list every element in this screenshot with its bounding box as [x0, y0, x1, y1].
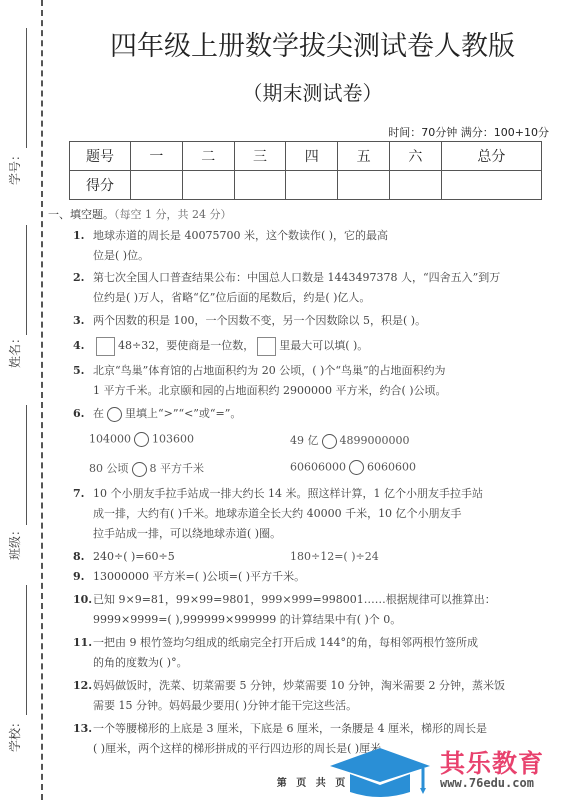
question-number: 12. — [73, 676, 87, 696]
school-rule — [26, 585, 27, 715]
blank-box[interactable] — [96, 337, 115, 356]
question-10: 10.已知 9×9=81，99×99=9801，999×999=998001……… — [73, 590, 535, 630]
question-number: 7. — [73, 484, 87, 504]
question-text: 13000000 平方米=( )公顷=( )平方千米。 — [93, 570, 305, 583]
comparison-left: 60606000 — [290, 461, 346, 474]
compare-circle[interactable] — [349, 460, 364, 475]
compare-circle[interactable] — [134, 432, 149, 447]
question-text: 里填上“>”“<”或“=”。 — [125, 407, 241, 420]
section-note: （每空 1 分，共 24 分） — [114, 208, 231, 221]
graduation-cap-icon — [325, 748, 435, 798]
score-header-cell: 题号 — [70, 142, 131, 171]
question-4: 4.48÷32，要使商是一位数，里最大可以填( )。 — [73, 336, 535, 356]
comparison-item: 80 公顷8 平方千米 — [89, 460, 204, 477]
score-cell[interactable] — [131, 171, 183, 200]
compare-circle[interactable] — [132, 462, 147, 477]
page-subtitle: （期末测试卷） — [60, 77, 565, 106]
question-text: 240÷( )=60÷5 — [93, 550, 175, 563]
score-row-label: 得分 — [70, 171, 131, 200]
score-header-cell: 一 — [131, 142, 183, 171]
score-table-score-row: 得分 — [70, 171, 542, 200]
comparison-right: 8 平方千米 — [150, 462, 205, 475]
score-cell[interactable] — [234, 171, 286, 200]
question-number: 3. — [73, 311, 87, 331]
question-text: 妈妈做饭时，洗菜、切菜需要 5 分钟，炒菜需要 10 分钟，淘米需要 2 分钟，… — [93, 679, 505, 692]
score-cell[interactable] — [338, 171, 390, 200]
score-header-cell: 六 — [389, 142, 441, 171]
page-title: 四年级上册数学拔尖测试卷人教版 — [60, 24, 565, 63]
question-text: 需要 15 分钟。妈妈最少要用( )分钟才能干完这些活。 — [73, 696, 535, 716]
question-text: 地球赤道的周长是 40075700 米，这个数读作( )，它的最高 — [93, 229, 388, 242]
question-1: 1.地球赤道的周长是 40075700 米，这个数读作( )，它的最高 位是( … — [73, 226, 535, 266]
circle-icon — [107, 407, 122, 422]
score-cell[interactable] — [286, 171, 338, 200]
exam-meta: 时间：70分钟 满分：100+10分 — [388, 124, 549, 140]
question-text: 位是( )位。 — [73, 246, 535, 266]
question-text: 拉手站成一排，可以绕地球赤道( )圈。 — [73, 524, 535, 544]
question-text: 9999×9999=( ),999999×999999 的计算结果中有( )个 … — [73, 610, 535, 630]
question-text: 北京“鸟巢”体育馆的占地面积约为 20 公顷，( )个“鸟巢”的占地面积约为 — [93, 364, 446, 377]
student-id-label: 学号： — [6, 149, 23, 185]
question-text: 第七次全国人口普查结果公布：中国总人口数是 1443497378 人，“四舍五入… — [93, 271, 500, 284]
score-header-cell: 总分 — [441, 142, 541, 171]
comparison-left: 104000 — [89, 433, 131, 446]
name-label: 姓名： — [6, 332, 23, 368]
score-table: 题号 一 二 三 四 五 六 总分 得分 — [69, 141, 542, 200]
question-5: 5.北京“鸟巢”体育馆的占地面积约为 20 公顷，( )个“鸟巢”的占地面积约为… — [73, 361, 535, 401]
compare-circle[interactable] — [322, 434, 337, 449]
question-number: 4. — [73, 336, 87, 356]
comparison-left: 80 公顷 — [89, 462, 129, 475]
name-rule — [26, 225, 27, 335]
question-text: 一个等腰梯形的上底是 3 厘米，下底是 6 厘米，一条腰是 4 厘米，梯形的周长… — [93, 722, 487, 735]
class-label: 班级： — [6, 524, 23, 560]
question-number: 11. — [73, 633, 87, 653]
question-7: 7.10 个小朋友手拉手站成一排大约长 14 米。照这样计算，1 亿个小朋友手拉… — [73, 484, 535, 544]
question-text: 10 个小朋友手拉手站成一排大约长 14 米。照这样计算，1 亿个小朋友手拉手站 — [93, 487, 483, 500]
section-title: 一、填空题。 — [48, 208, 114, 221]
question-text: 1 平方千米。北京颐和园的占地面积约 2900000 平方米，约合( )公顷。 — [73, 381, 535, 401]
comparison-item: 49 亿4899000000 — [290, 432, 410, 449]
score-header-cell: 二 — [182, 142, 234, 171]
question-number: 6. — [73, 404, 87, 424]
comparison-right: 6060600 — [367, 461, 416, 474]
watermark-url: www.76edu.com — [440, 776, 534, 790]
blank-box[interactable] — [257, 337, 276, 356]
watermark-brand: 其乐教育 — [440, 744, 544, 780]
question-text: 在 — [93, 407, 104, 420]
comparison-item: 606060006060600 — [290, 460, 416, 475]
score-table-header-row: 题号 一 二 三 四 五 六 总分 — [70, 142, 542, 171]
score-cell[interactable] — [389, 171, 441, 200]
comparison-right: 103600 — [152, 433, 194, 446]
comparison-right: 4899000000 — [340, 434, 410, 447]
score-header-cell: 四 — [286, 142, 338, 171]
question-number: 1. — [73, 226, 87, 246]
question-8-right: 180÷12=( )÷24 — [290, 550, 379, 563]
question-text: 里最大可以填( )。 — [279, 339, 368, 352]
question-3: 3.两个因数的积是 100，一个因数不变，另一个因数除以 5，积是( )。 — [73, 311, 535, 331]
question-number: 5. — [73, 361, 87, 381]
question-2: 2.第七次全国人口普查结果公布：中国总人口数是 1443497378 人，“四舍… — [73, 268, 535, 308]
question-number: 8. — [73, 547, 87, 567]
question-number: 2. — [73, 268, 87, 288]
section-heading: 一、填空题。（每空 1 分，共 24 分） — [48, 206, 231, 222]
question-9: 9.13000000 平方米=( )公顷=( )平方千米。 — [73, 567, 535, 587]
question-number: 9. — [73, 567, 87, 587]
score-cell[interactable] — [182, 171, 234, 200]
comparison-item: 104000103600 — [89, 432, 194, 447]
binding-margin-line — [41, 0, 43, 800]
score-header-cell: 三 — [234, 142, 286, 171]
question-text: 一把由 9 根竹签均匀组成的纸扇完全打开后成 144°的角，每相邻两根竹签所成 — [93, 636, 478, 649]
score-cell[interactable] — [441, 171, 541, 200]
comparison-left: 49 亿 — [290, 434, 319, 447]
question-text: 的角的度数为( )°。 — [73, 653, 535, 673]
question-12: 12.妈妈做饭时，洗菜、切菜需要 5 分钟，炒菜需要 10 分钟，淘米需要 2 … — [73, 676, 535, 716]
question-text: 两个因数的积是 100，一个因数不变，另一个因数除以 5，积是( )。 — [93, 314, 426, 327]
question-text: 48÷32，要使商是一位数， — [118, 339, 254, 352]
class-rule — [26, 405, 27, 525]
question-text: 位约是( )万人，省略“亿”位后面的尾数后，约是( )亿人。 — [73, 288, 535, 308]
question-text: 已知 9×9=81，99×99=9801，999×999=998001……根据规… — [93, 593, 496, 606]
question-text: 成一排，大约有( )千米。地球赤道全长大约 40000 千米，10 亿个小朋友手 — [73, 504, 535, 524]
question-number: 13. — [73, 719, 87, 739]
student-id-rule — [26, 28, 27, 148]
question-11: 11.一把由 9 根竹签均匀组成的纸扇完全打开后成 144°的角，每相邻两根竹签… — [73, 633, 535, 673]
score-header-cell: 五 — [338, 142, 390, 171]
question-6: 6.在里填上“>”“<”或“=”。 — [73, 404, 535, 424]
question-number: 10. — [73, 590, 87, 610]
school-label: 学校： — [6, 716, 23, 752]
